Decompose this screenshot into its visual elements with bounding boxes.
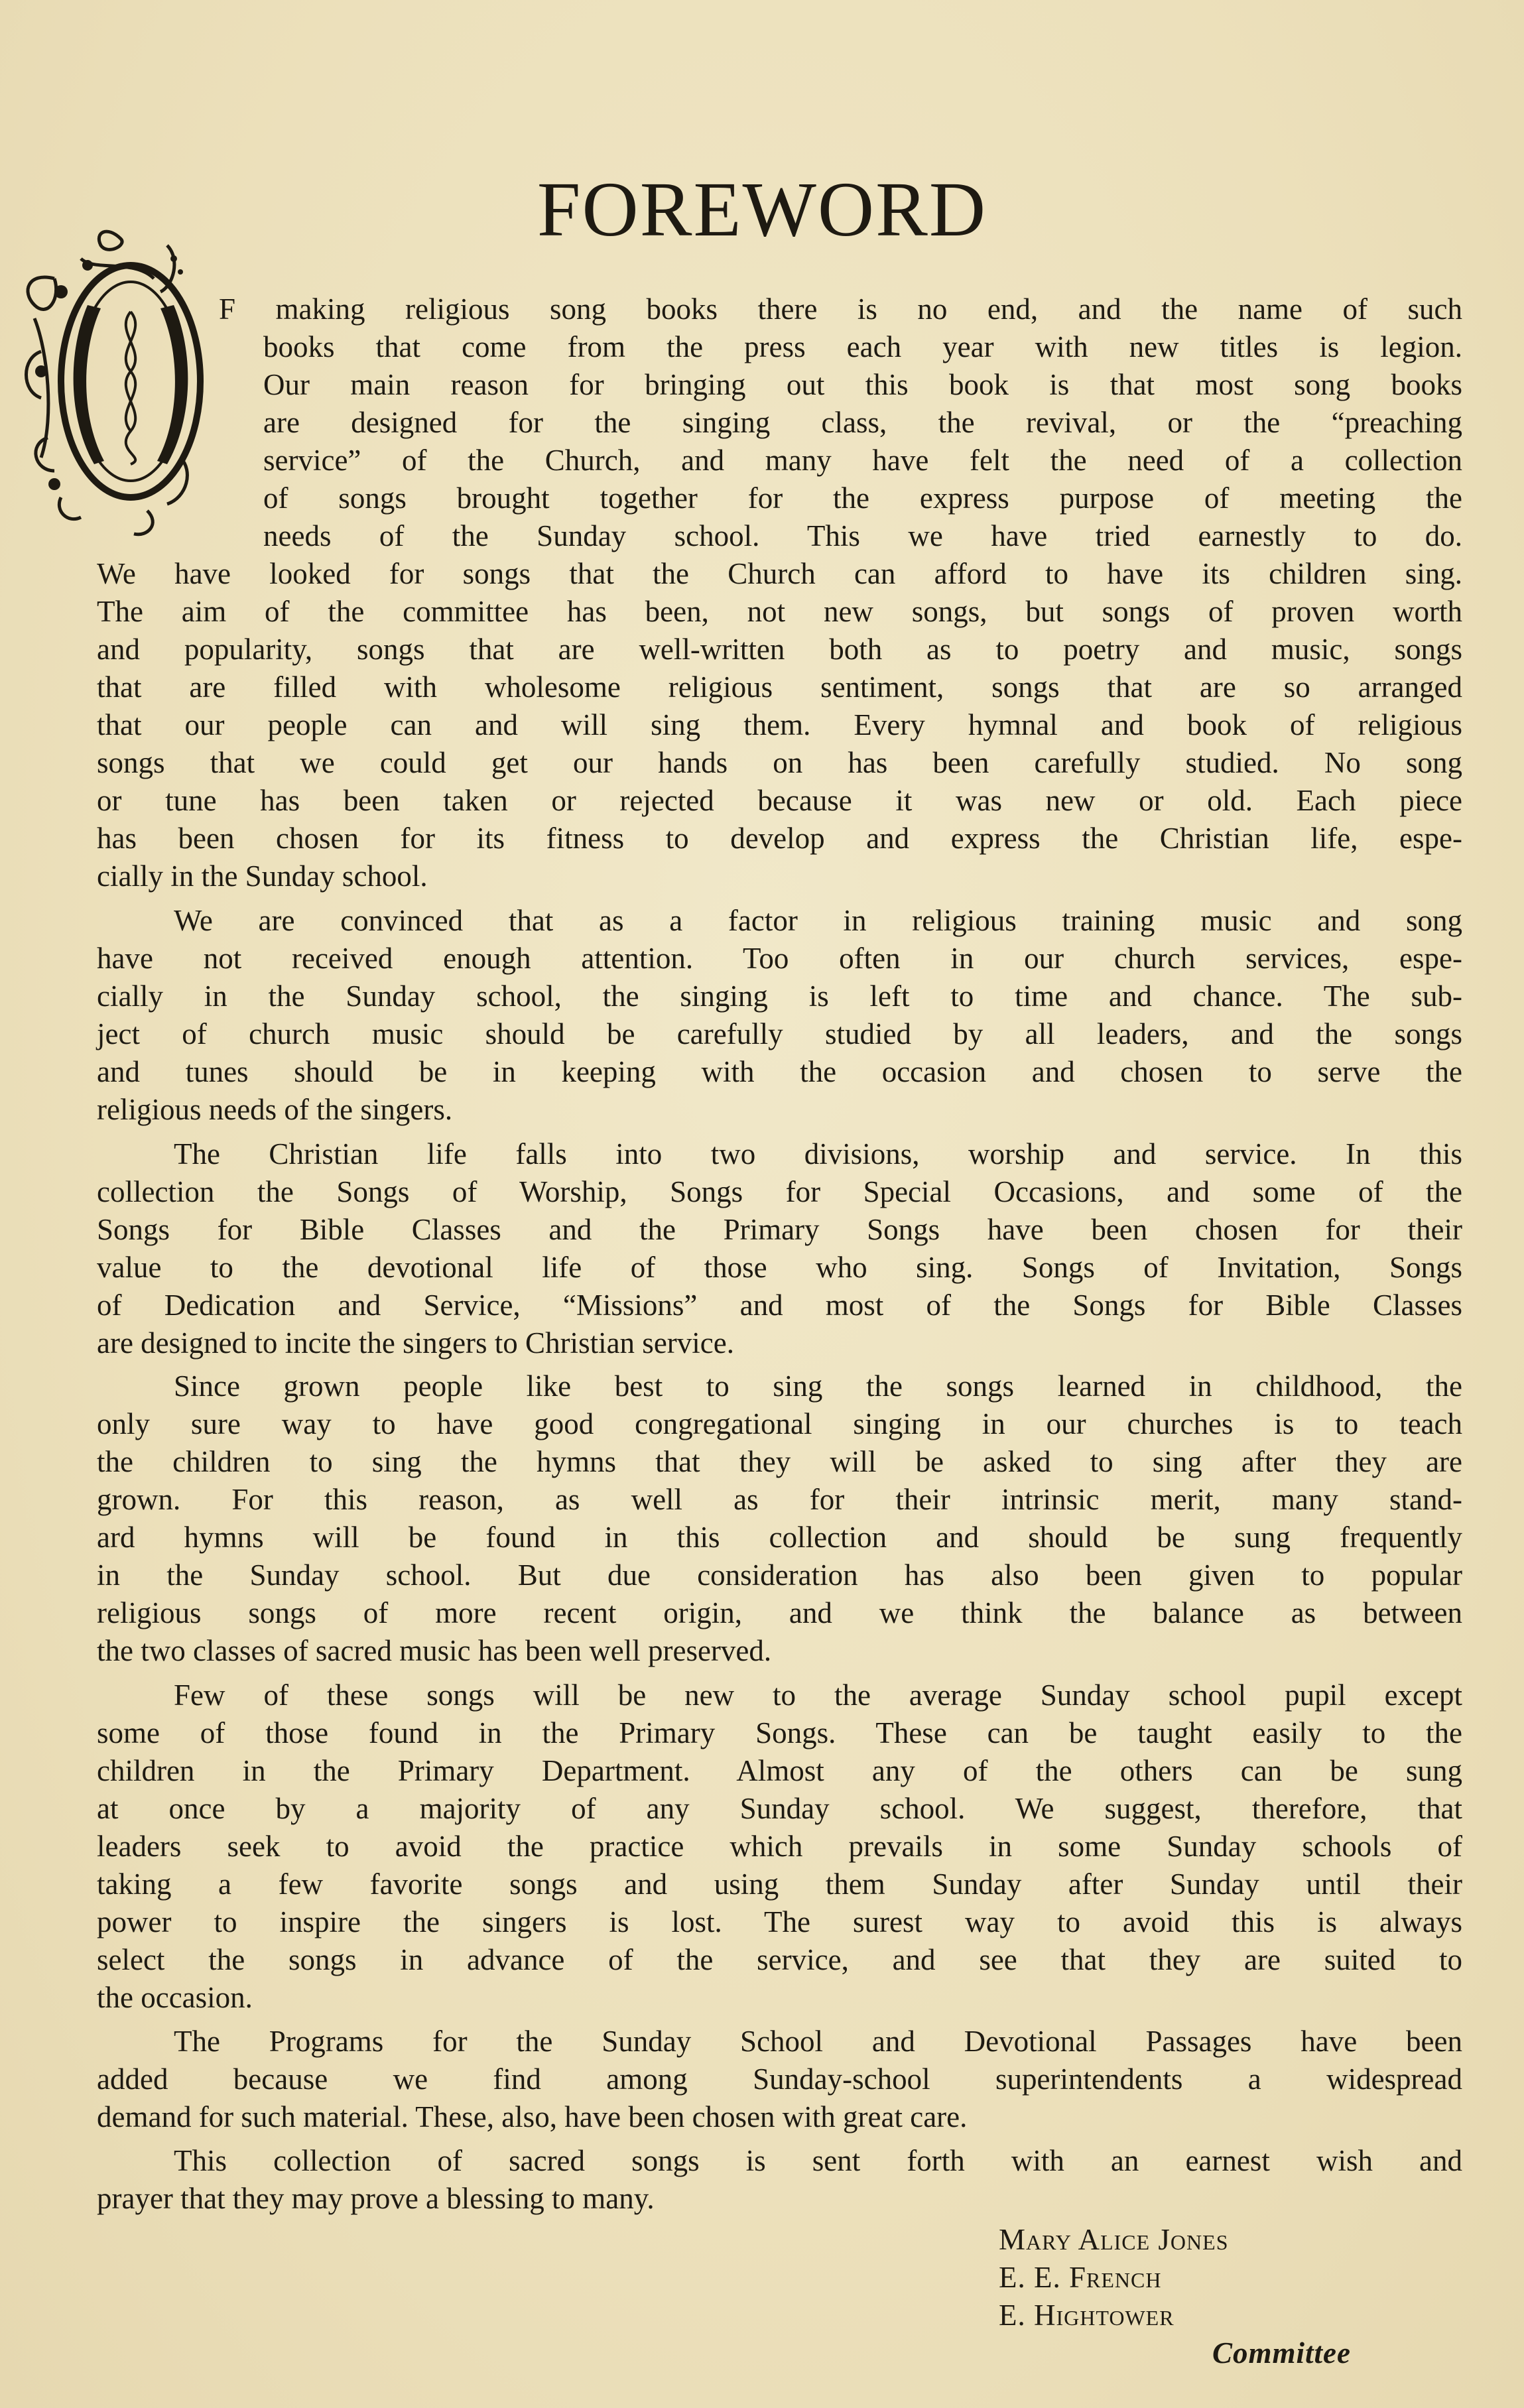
- text-line: power to inspire the singers is lost. Th…: [97, 1903, 1462, 1941]
- text-line: children in the Primary Department. Almo…: [97, 1752, 1462, 1790]
- text-line: that our people can and will sing them. …: [97, 706, 1462, 744]
- text-line: prayer that they may prove a blessing to…: [97, 2180, 655, 2218]
- text-line: collection the Songs of Worship, Songs f…: [97, 1173, 1462, 1211]
- text-line: and tunes should be in keeping with the …: [97, 1053, 1462, 1091]
- text-line: in the Sunday school. But due considerat…: [97, 1556, 1462, 1594]
- text-line: religious songs of more recent origin, a…: [97, 1594, 1462, 1632]
- text-line: that are filled with wholesome religious…: [97, 668, 1462, 706]
- text-line: are designed to incite the singers to Ch…: [97, 1324, 734, 1362]
- text-line: or tune has been taken or rejected becau…: [97, 782, 1462, 820]
- text-line: at once by a majority of any Sunday scho…: [97, 1790, 1462, 1828]
- text-line: books that come from the press each year…: [263, 328, 1462, 366]
- signature-e-hightower: E. Hightower: [999, 2297, 1175, 2334]
- signature-role: Committee: [1212, 2334, 1351, 2372]
- text-line: The aim of the committee has been, not n…: [97, 593, 1462, 631]
- text-line: of Dedication and Service, “Missions” an…: [97, 1287, 1462, 1324]
- text-line: select the songs in advance of the servi…: [97, 1941, 1462, 1979]
- text-line: and popularity, songs that are well-writ…: [97, 631, 1462, 668]
- text-line: of songs brought together for the expres…: [263, 479, 1462, 517]
- text-line: This collection of sacred songs is sent …: [174, 2142, 1462, 2180]
- text-line: Songs for Bible Classes and the Primary …: [97, 1211, 1462, 1249]
- text-line: leaders seek to avoid the practice which…: [97, 1828, 1462, 1866]
- text-line: Since grown people like best to sing the…: [174, 1367, 1462, 1405]
- text-line: songs that we could get our hands on has…: [97, 744, 1462, 782]
- text-line: value to the devotional life of those wh…: [97, 1249, 1462, 1287]
- text-line: Few of these songs will be new to the av…: [174, 1677, 1462, 1714]
- text-line: cially in the Sunday school, the singing…: [97, 978, 1462, 1015]
- text-line: The Programs for the Sunday School and D…: [174, 2023, 1462, 2060]
- text-line: the two classes of sacred music has been…: [97, 1632, 771, 1670]
- signature-e-e-french: E. E. French: [999, 2259, 1161, 2297]
- text-line: cially in the Sunday school.: [97, 857, 428, 895]
- text-line: We are convinced that as a factor in rel…: [174, 902, 1462, 940]
- text-line: the occasion.: [97, 1979, 253, 2017]
- text-line: The Christian life falls into two divisi…: [174, 1135, 1462, 1173]
- text-line: has been chosen for its fitness to devel…: [97, 820, 1462, 857]
- ornamental-drop-cap-o-icon: [15, 219, 253, 544]
- text-line: ject of church music should be carefully…: [97, 1015, 1462, 1053]
- text-line: service” of the Church, and many have fe…: [263, 442, 1462, 479]
- text-line: demand for such material. These, also, h…: [97, 2098, 967, 2136]
- text-line: F making religious song books there is n…: [219, 290, 1462, 328]
- text-line: are designed for the singing class, the …: [263, 404, 1462, 442]
- text-line: religious needs of the singers.: [97, 1091, 452, 1129]
- text-line: needs of the Sunday school. This we have…: [263, 517, 1462, 555]
- text-line: added because we find among Sunday-schoo…: [97, 2060, 1462, 2098]
- text-line: some of those found in the Primary Songs…: [97, 1714, 1462, 1752]
- signature-mary-alice-jones: Mary Alice Jones: [999, 2221, 1229, 2259]
- text-line: We have looked for songs that the Church…: [97, 555, 1462, 593]
- text-line: grown. For this reason, as well as for t…: [97, 1481, 1462, 1519]
- text-line: only sure way to have good congregationa…: [97, 1405, 1462, 1443]
- text-line: Our main reason for bringing out this bo…: [263, 366, 1462, 404]
- text-line: have not received enough attention. Too …: [97, 940, 1462, 978]
- text-line: ard hymns will be found in this collecti…: [97, 1519, 1462, 1556]
- text-line: the children to sing the hymns that they…: [97, 1443, 1462, 1481]
- text-line: taking a few favorite songs and using th…: [97, 1866, 1462, 1903]
